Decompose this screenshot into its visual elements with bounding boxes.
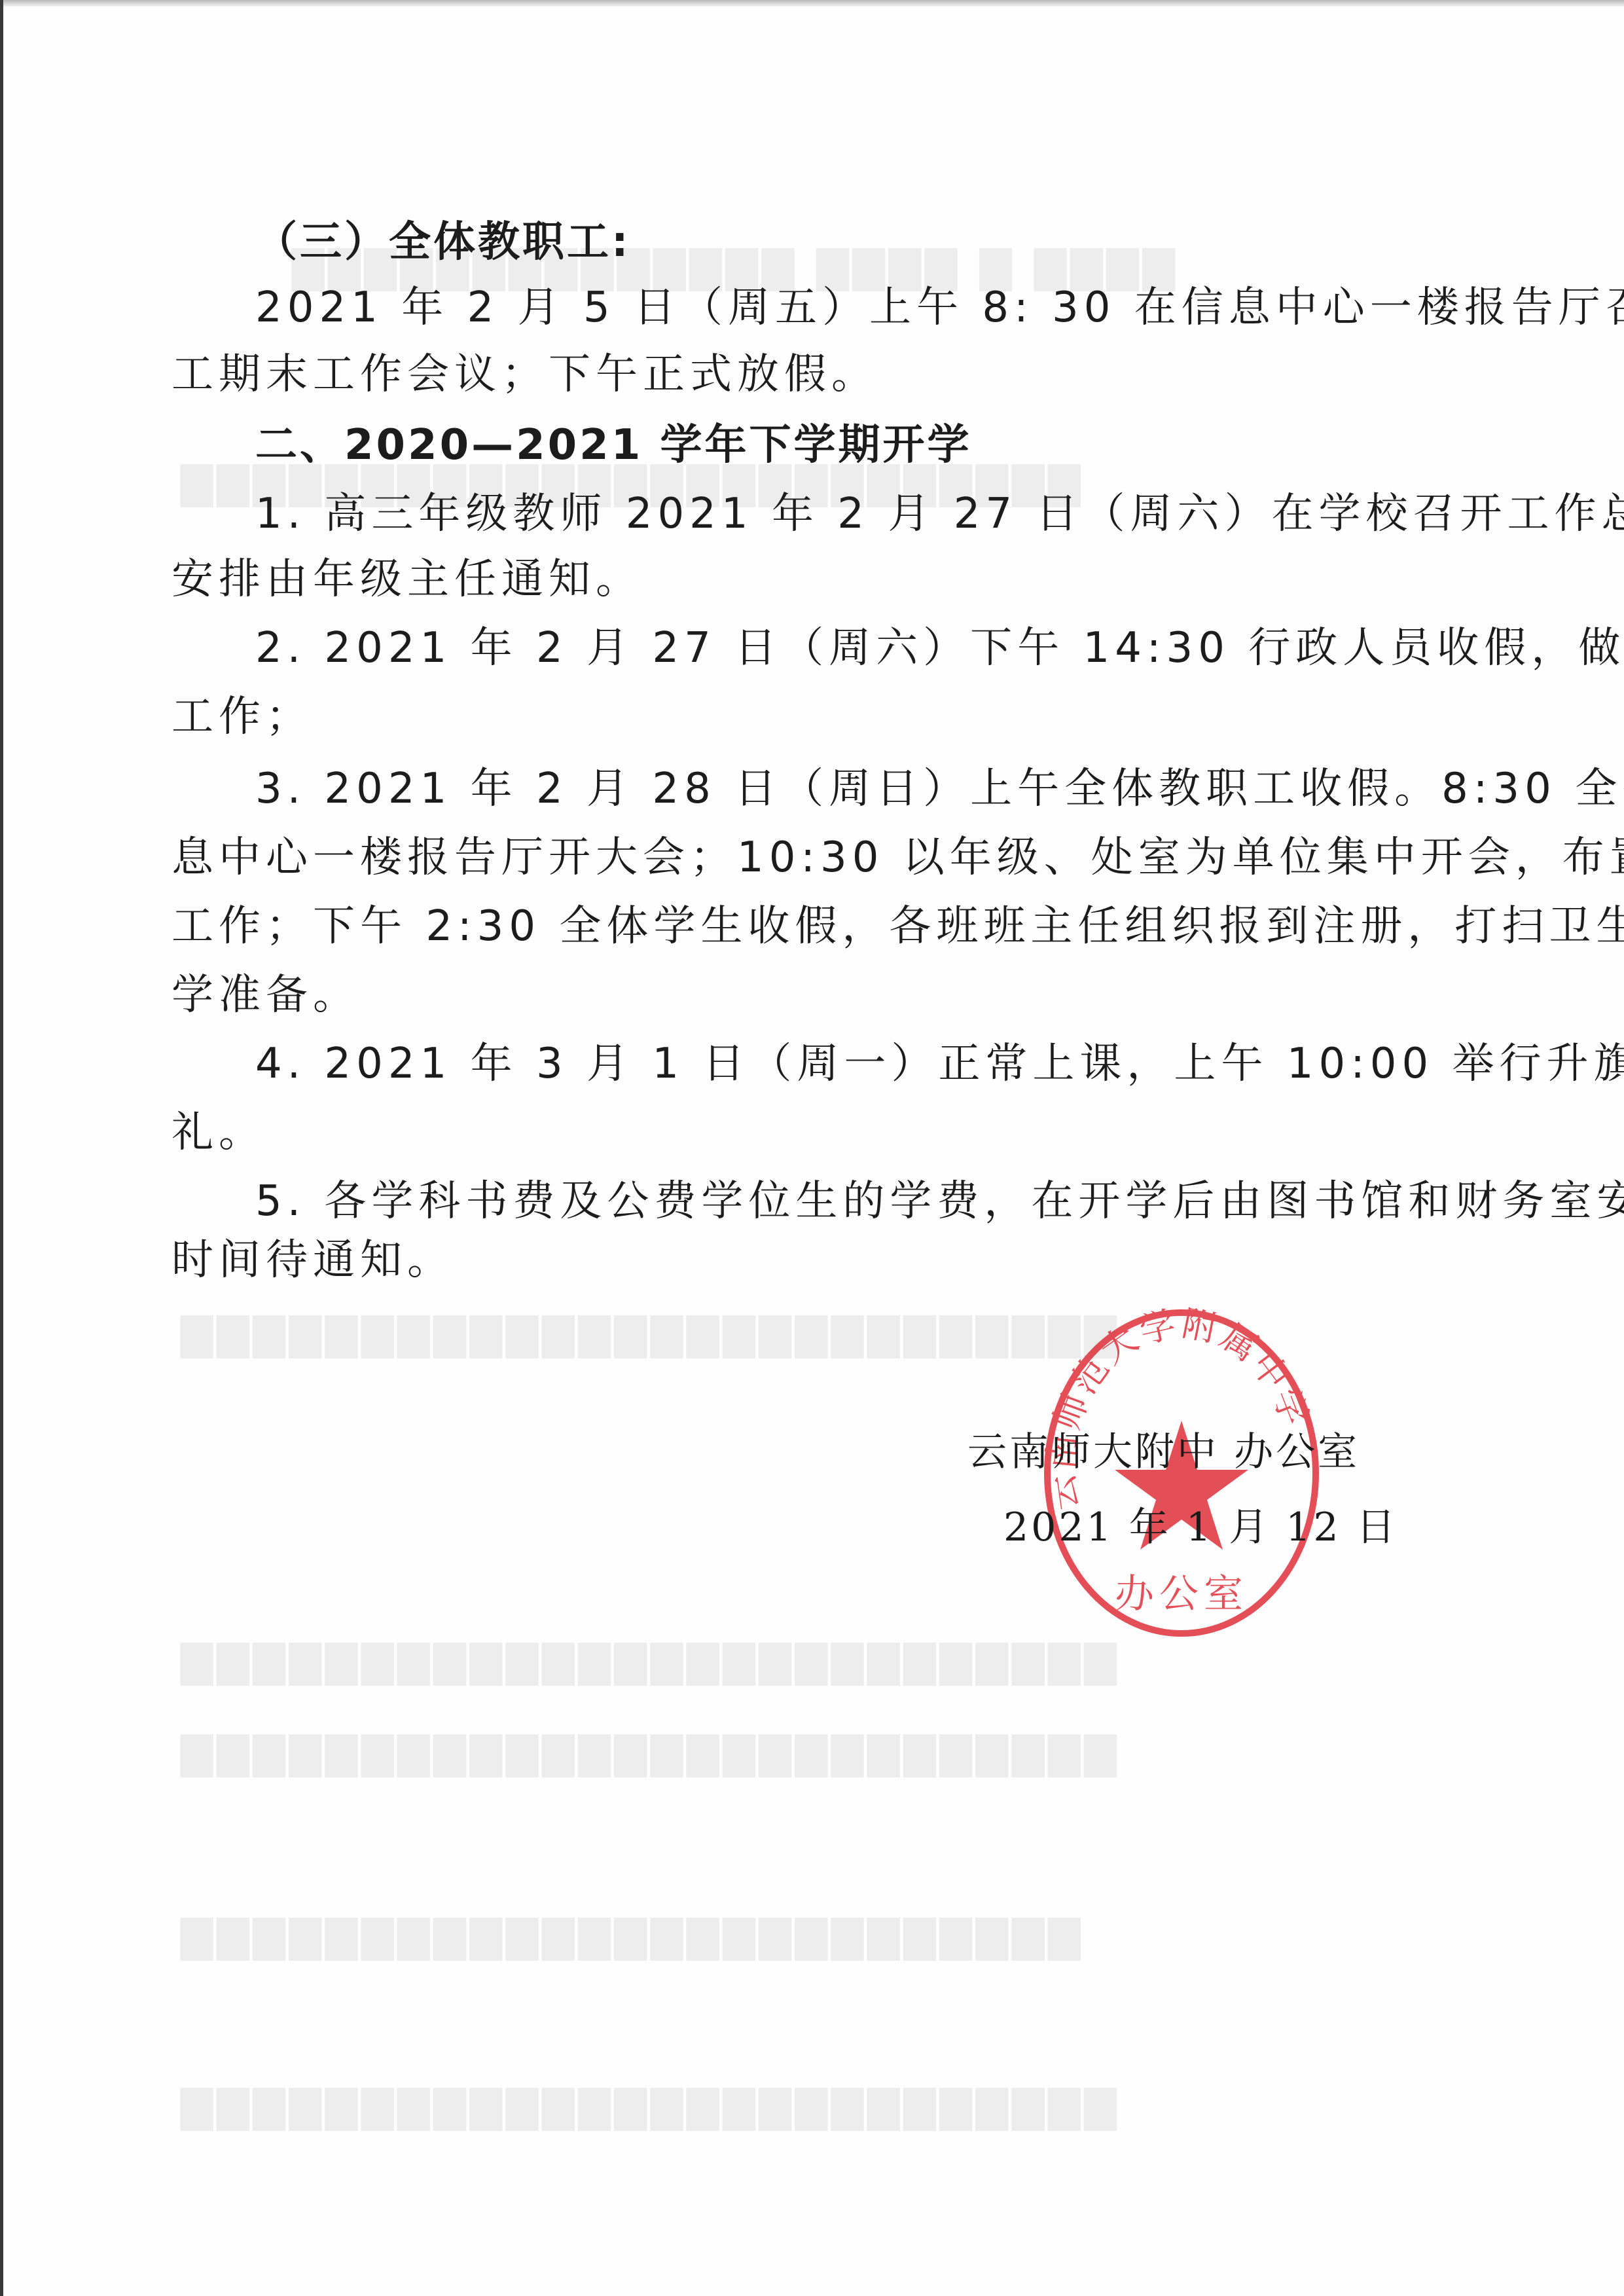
- bleed-through-decoration: ▇▇▇▇▇▇▇▇▇▇▇▇▇▇▇▇▇▇▇▇▇▇▇▇▇▇: [177, 2082, 1117, 2131]
- section-3-heading: （三）全体教职工:: [255, 216, 631, 268]
- item-5-line: 5. 各学科书费及公费学位生的学费，在开学后由图书馆和财务室安排收缴，: [255, 1175, 1624, 1228]
- scan-edge-left: [0, 0, 3, 2296]
- item-4-line: 礼。: [171, 1106, 266, 1159]
- item-4-line: 4. 2021 年 3 月 1 日（周一）正常上课，上午 10:00 举行升旗仪…: [255, 1038, 1624, 1090]
- item-1-line: 安排由年级主任通知。: [171, 553, 643, 606]
- bleed-through-decoration: ▇▇▇▇▇▇▇▇▇▇▇▇▇▇▇▇▇▇▇▇▇▇▇▇▇▇: [177, 1637, 1117, 1686]
- item-5-line: 时间待通知。: [171, 1234, 454, 1286]
- section-3-line: 2021 年 2 月 5 日（周五）上午 8: 30 在信息中心一楼报告厅召开全…: [255, 282, 1624, 334]
- bleed-through-decoration: ▇▇▇▇▇▇▇▇▇▇▇▇▇▇▇▇▇▇▇▇▇▇▇▇▇: [177, 1912, 1080, 1961]
- section-3-line: 工期末工作会议；下午正式放假。: [171, 348, 878, 401]
- issuer-name: 云南师大附中 办公室: [967, 1427, 1360, 1477]
- document-page: ▇▇▇▇ ▇ ▇▇▇▇ ▇▇▇▇▇▇▇▇▇▇▇▇▇▇ ▇▇▇▇▇▇▇▇▇▇▇▇▇…: [0, 0, 1624, 2296]
- bleed-through-decoration: ▇▇▇▇▇▇▇▇▇▇▇▇▇▇▇▇▇▇▇▇▇▇▇▇▇▇: [177, 1309, 1117, 1358]
- item-2-line: 2. 2021 年 2 月 27 日（周六）下午 14:30 行政人员收假，做开…: [255, 622, 1624, 674]
- part-2-heading: 二、2020—2021 学年下学期开学: [255, 419, 972, 471]
- seal-bottom-text: 办公室: [1115, 1571, 1248, 1617]
- item-3-line: 3. 2021 年 2 月 28 日（周日）上午全体教职工收假。8:30 全体教…: [255, 763, 1624, 815]
- item-3-line: 工作；下午 2:30 全体学生收假，各班班主任组织报到注册，打扫卫生，做好开: [171, 900, 1624, 953]
- scan-edge-top: [0, 0, 1624, 7]
- bleed-through-decoration: ▇▇▇▇▇▇▇▇▇▇▇▇▇▇▇▇▇▇▇▇▇▇▇▇▇▇: [177, 1728, 1117, 1777]
- issue-date: 2021 年 1 月 12 日: [1003, 1503, 1398, 1552]
- item-2-line: 工作；: [171, 691, 313, 743]
- item-1-line: 1. 高三年级教师 2021 年 2 月 27 日（周六）在学校召开工作总结会，…: [255, 488, 1624, 540]
- item-3-line: 学准备。: [171, 969, 360, 1021]
- item-3-line: 息中心一楼报告厅开大会；10:30 以年级、处室为单位集中开会，布置新学期: [171, 831, 1624, 884]
